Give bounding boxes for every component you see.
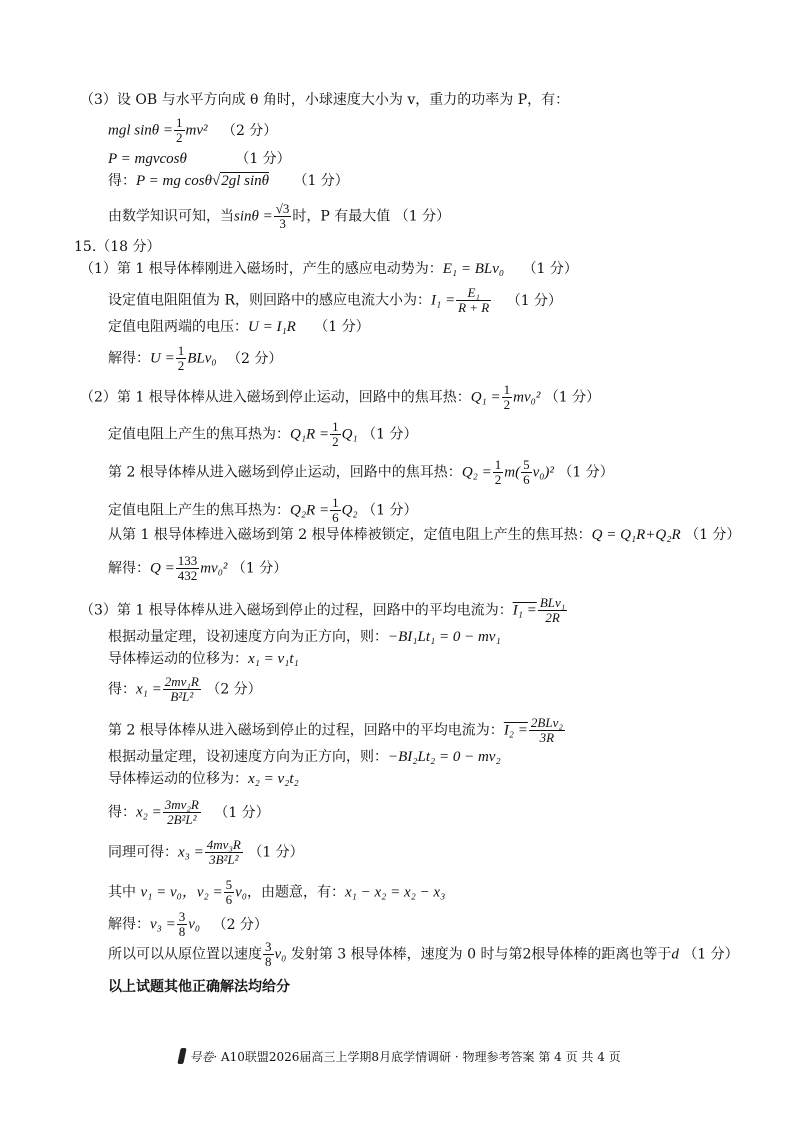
- brand-name: 号卷: [189, 1050, 213, 1064]
- q15-p1-l1: （1）第 1 根导体棒刚进入磁场时，产生的感应电动势为：E₁ = BLv₀ （1…: [80, 260, 578, 278]
- q15-p3-l3: 导体棒运动的位移为：x₁ = v₁t₁: [108, 650, 299, 668]
- q15-p2-l2: 定值电阻上产生的焦耳热为：Q₁R =12Q₁ （1 分）: [108, 420, 417, 449]
- q15-p3-l6: 根据动量定理，设初速度方向为正方向，则：−BI₂Lt₂ = 0 − mv₂: [108, 748, 501, 766]
- q15-p3-l12: 所以可以从原位置以速度38v₀ 发射第 3 根导体棒，速度为 0 时与第2根导体…: [108, 940, 739, 969]
- q15-p2-l1: （2）第 1 根导体棒从进入磁场到停止运动，回路中的焦耳热：Q₁ =12mv₀²…: [80, 383, 600, 412]
- q15-p2-l6: 解得：Q =133432mv₀² （1 分）: [108, 554, 287, 583]
- q15-p3-l1: （3）第 1 根导体棒从进入磁场到停止的过程，回路中的平均电流为：I₁ =BLv…: [80, 596, 568, 625]
- q15-p3-l5: 第 2 根导体棒从进入磁场到停止的过程，回路中的平均电流为：I₂ =2BLv₂3…: [108, 716, 566, 745]
- brand-logo-icon: [178, 1048, 187, 1064]
- q14-eq2: P = mgvcosθ （1 分）: [108, 150, 291, 168]
- q15-p3-l8: 得：x₂ =3mv₂R2B²L² （1 分）: [108, 798, 270, 827]
- grading-note: 以上试题其他正确解法均给分: [108, 978, 290, 996]
- q15-p2-l3: 第 2 根导体棒从进入磁场到停止运动，回路中的焦耳热：Q₂ =12m(56v₀)…: [108, 458, 614, 487]
- q15-p3-l4: 得：x₁ =2mv₁RB²L² （2 分）: [108, 675, 262, 704]
- q15-p1-l2: 设定值电阻阻值为 R，则回路中的感应电流大小为：I₁ =E₁R + R （1 分…: [108, 286, 562, 315]
- q15-p1-l4: 解得：U =12BLv₀ （2 分）: [108, 344, 282, 373]
- q15-p1-l3: 定值电阻两端的电压：U = I₁R （1 分）: [108, 318, 370, 336]
- fraction: 12: [174, 116, 185, 145]
- q14-eq4: 由数学知识可知，当sinθ =√33时，P 有最大值 （1 分）: [108, 202, 450, 231]
- q15-p3-l11: 解得：v₃ =38v₀ （2 分）: [108, 910, 268, 939]
- q15-p2-l5: 从第 1 根导体棒进入磁场到第 2 根导体棒被锁定，定值电阻上产生的焦耳热：Q …: [108, 526, 740, 544]
- q15-p3-l7: 导体棒运动的位移为：x₂ = v₂t₂: [108, 770, 299, 788]
- q14-eq3: 得：P = mg cosθ√2gl sinθ （1 分）: [108, 172, 349, 190]
- q14-eq1: mgl sinθ =12mv² （2 分）: [108, 116, 277, 145]
- q15-p3-l10: 其中 v₁ = v₀，v₂ =56v₀，由题意，有：x₁ − x₂ = x₂ −…: [108, 878, 445, 907]
- q15-p2-l4: 定值电阻上产生的焦耳热为：Q₂R =16Q₂ （1 分）: [108, 496, 417, 525]
- q15-p3-l9: 同理可得：x₃ =4mv₃R3B²L² （1 分）: [108, 838, 304, 867]
- footer-text: · A10联盟2026届高三上学期8月底学情调研 · 物理参考答案 第 4 页 …: [213, 1050, 620, 1064]
- q15-p3-l2: 根据动量定理，设初速度方向为正方向，则：−BI₁Lt₁ = 0 − mv₁: [108, 628, 501, 646]
- page-footer: 号卷· A10联盟2026届高三上学期8月底学情调研 · 物理参考答案 第 4 …: [0, 1048, 800, 1065]
- q14-part3-intro: （3）设 OB 与水平方向成 θ 角时，小球速度大小为 v，重力的功率为 P，有…: [80, 91, 569, 109]
- q15-header: 15.（18 分）: [74, 238, 161, 256]
